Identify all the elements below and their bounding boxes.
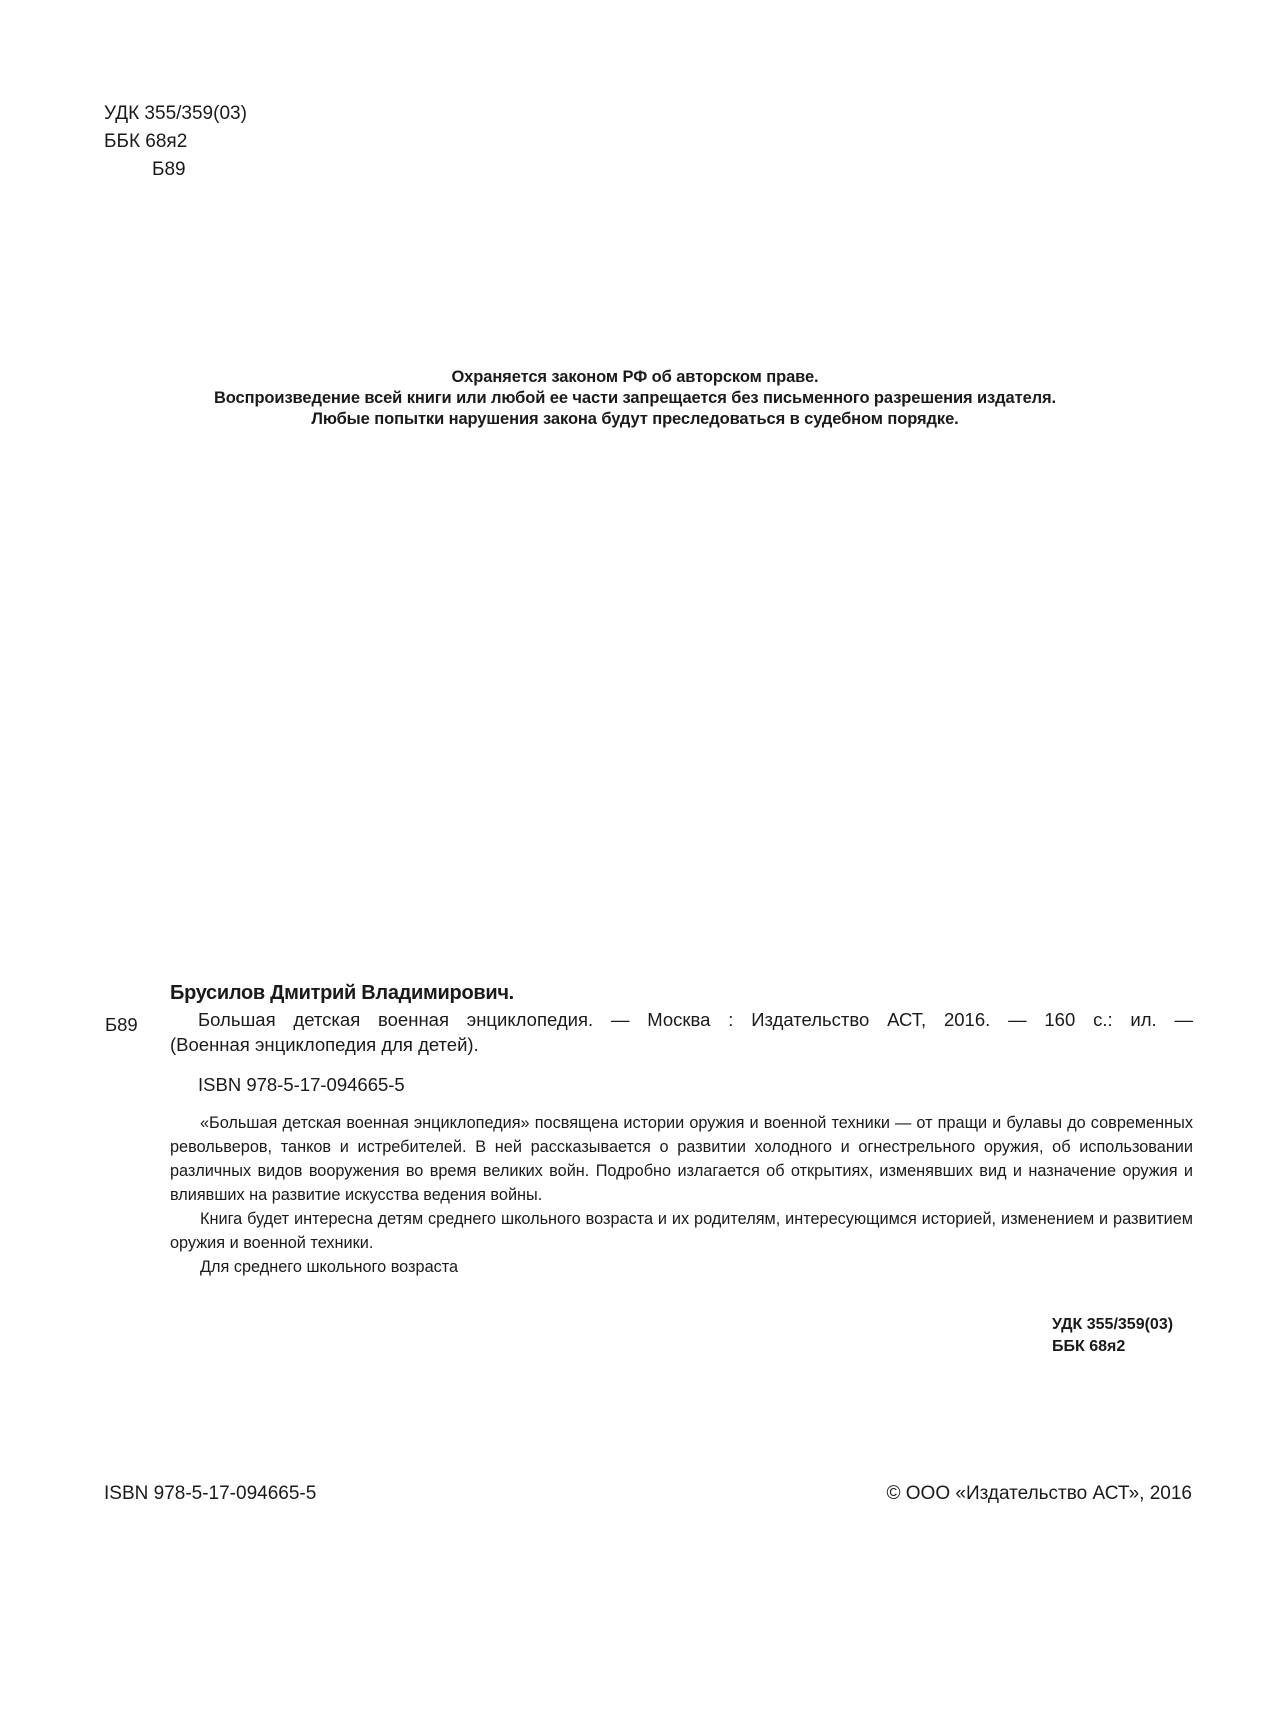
author-name: Брусилов Дмитрий Владимирович. [170, 980, 514, 1006]
copyright-notice-line: Охраняется законом РФ об авторском праве… [0, 367, 1270, 388]
footer-copyright: © ООО «Издательство АСТ», 2016 [887, 1482, 1193, 1506]
bbk-code: ББК 68я2 [1052, 1336, 1173, 1358]
bibliographic-description-line: Большая детская военная энциклопедия. — … [170, 1007, 1193, 1032]
isbn-record: ISBN 978-5-17-094665-5 [198, 1073, 405, 1097]
annotation-paragraph: «Большая детская военная энциклопедия» п… [170, 1111, 1193, 1207]
bibliographic-description: Большая детская военная энциклопедия. — … [170, 1007, 1193, 1057]
annotation-paragraph: Книга будет интересна детям среднего шко… [170, 1207, 1193, 1255]
author-mark: Б89 [104, 156, 247, 184]
footer-isbn: ISBN 978-5-17-094665-5 [104, 1482, 316, 1506]
bibliographic-series: (Военная энциклопедия для детей). [170, 1032, 1193, 1057]
bibliographic-author-mark: Б89 [105, 1013, 138, 1037]
copyright-notice: Охраняется законом РФ об авторском праве… [0, 367, 1270, 430]
annotation: «Большая детская военная энциклопедия» п… [170, 1111, 1193, 1279]
audience-note: Для среднего школьного возраста [170, 1255, 1193, 1279]
classification-bottom: УДК 355/359(03) ББК 68я2 [1052, 1314, 1173, 1358]
classification-top: УДК 355/359(03) ББК 68я2 Б89 [104, 100, 247, 184]
udk-code: УДК 355/359(03) [104, 100, 247, 128]
udk-code: УДК 355/359(03) [1052, 1314, 1173, 1336]
copyright-notice-line: Воспроизведение всей книги или любой ее … [0, 388, 1270, 409]
bbk-code: ББК 68я2 [104, 128, 247, 156]
copyright-notice-line: Любые попытки нарушения закона будут пре… [0, 409, 1270, 430]
